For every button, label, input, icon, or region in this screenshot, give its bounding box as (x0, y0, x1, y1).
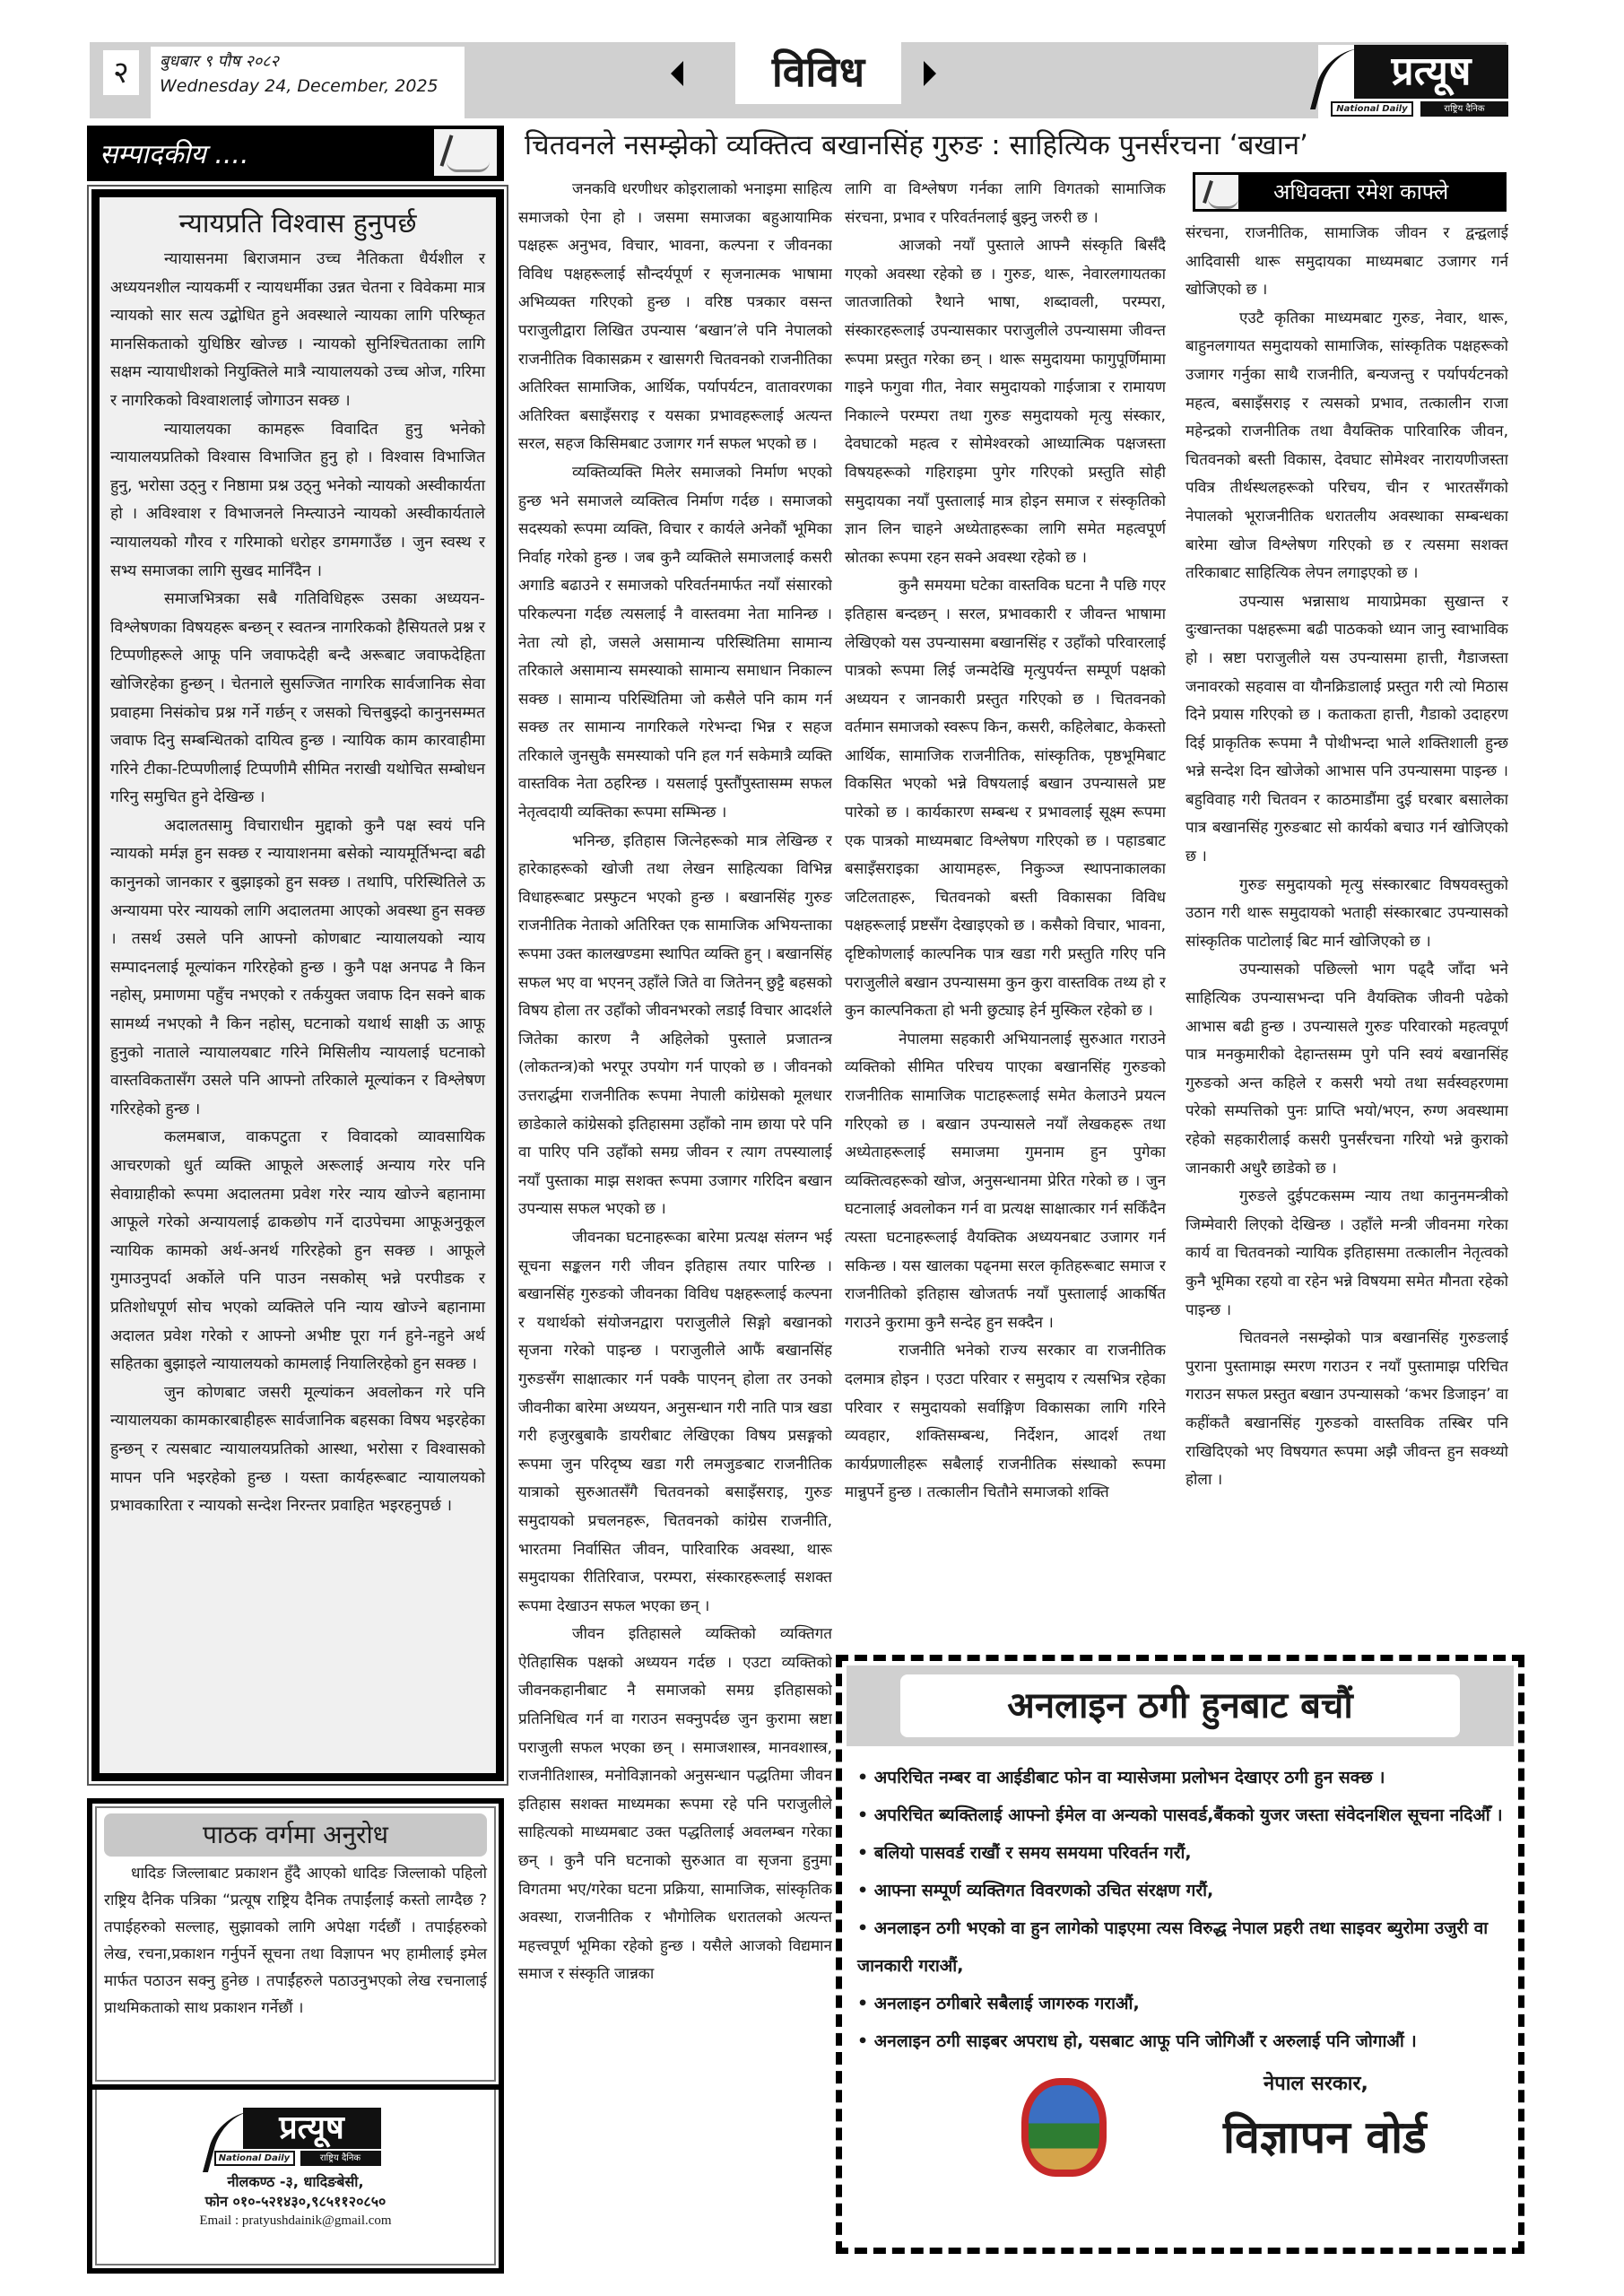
advertisement-item: • अपरिचित ब्यक्तिलाई आफ्नो ईमेल वा अन्यक… (857, 1796, 1507, 1834)
article-paragraph: कुनै समयमा घटेका वास्तविक घटना नै पछि गए… (845, 572, 1166, 1026)
phone: फोन ०१०-५२१४३०,९८५११२०८५० (97, 2192, 494, 2212)
editorial-paragraph: न्यायालयका कामहरू विवादित हुनु भनेको न्य… (110, 416, 485, 587)
advertisement-title: अनलाइन ठगी हुनबाट बचौं (900, 1674, 1460, 1737)
reader-contact-box: प्रत्यूष National Daily राष्ट्रिय दैनिक … (87, 2090, 504, 2274)
pen-icon (434, 129, 497, 176)
article-paragraph: गुरुङ समुदायको मृत्यु संस्कारबाट विषयवस्… (1185, 872, 1508, 957)
article-paragraph: व्यक्तिव्यक्ति मिलेर समाजको निर्माण भएको… (518, 459, 832, 828)
article-paragraph: नेपालमा सहकारी अभियानलाई सुरुआत गराउने व… (845, 1026, 1166, 1338)
article-headline: चितवनले नसम्झेको व्यक्तित्व बखानसिंह गुर… (525, 126, 1511, 169)
article-paragraph: संरचना, राजनीतिक, सामाजिक जीवन र द्वन्द्… (1185, 220, 1508, 305)
article-column-2: लागि वा विश्लेषण गर्नका लागि विगतको सामा… (845, 176, 1166, 1656)
logo-sub-nepali: राष्ट्रिय दैनिक (1420, 101, 1508, 117)
advertisement-item: • अपरिचित नम्बर वा आईडीबाट फोन वा म्यासे… (857, 1759, 1507, 1796)
editorial-paragraph: न्यायासनमा बिराजमान उच्च नैतिकता धैर्यशी… (110, 246, 485, 416)
article-paragraph: एउटै कृतिका माध्यमबाट गुरुङ, नेवार, थारू… (1185, 305, 1508, 588)
advertisement-item: • अनलाइन ठगी साइबर अपराध हो, यसबाट आफू प… (857, 2022, 1507, 2060)
date-box: बुधबार ९ पौष २०८२ Wednesday 24, December… (151, 47, 465, 118)
article-paragraph: चितवनले नसम्झेको पात्र बखानसिंह गुरुङलाई… (1185, 1325, 1508, 1495)
government-label: नेपाल सरकार, (1264, 2069, 1368, 2096)
article-paragraph: लागि वा विश्लेषण गर्नका लागि विगतको सामा… (845, 176, 1166, 232)
editorial-paragraph: समाजभित्रका सबै गतिविधिहरू उसका अध्ययन-व… (110, 586, 485, 813)
advertisement-item: • अनलाइन ठगी भएको वा हुन लागेको पाइएमा त… (857, 1909, 1507, 1985)
triangle-right-icon (924, 61, 936, 86)
editorial-box: न्यायप्रति विश्वास हुनुपर्छ न्यायासनमा ब… (87, 185, 508, 1786)
triangle-left-icon (671, 61, 683, 86)
logo-sub-nepali: राष्ट्रिय दैनिक (300, 2151, 381, 2166)
article-paragraph: उपन्यास भन्नासाथ मायाप्रेमका सुखान्त र द… (1185, 588, 1508, 872)
logo-name: प्रत्यूष (1354, 45, 1508, 99)
article-paragraph: राजनीति भनेको राज्य सरकार वा राजनीतिक दल… (845, 1337, 1166, 1508)
editorial-label-bar: सम्पादकीय .... (87, 126, 504, 181)
advertisement-item: • आफ्ना सम्पूर्ण व्यक्तिगत विवरणको उचित … (857, 1872, 1507, 1909)
advertisement-header: अनलाइन ठगी हुनबाट बचौं (847, 1665, 1514, 1746)
editorial-paragraph: अदालतसामु विचाराधीन मुद्दाको कुनै पक्ष स… (110, 813, 485, 1125)
advertising-board-label: विज्ञापन वोर्ड (1223, 2105, 1427, 2166)
reader-request-box: पाठक वर्गमा अनुरोध धादिङ जिल्लाबाट प्रका… (87, 1798, 504, 2090)
logo-sub-english: National Daily (214, 2151, 295, 2166)
article-column-1: जनकवि धरणीधर कोइरालाको भनाइमा साहित्य सम… (518, 176, 832, 2292)
logo-name: प्रत्यूष (243, 2108, 381, 2149)
advertisement-footer: नेपाल सरकार, विज्ञापन वोर्ड (847, 2060, 1514, 2195)
editorial-paragraph: कलमबाज, वाकपटुता र विवादको व्यावसायिक आच… (110, 1124, 485, 1378)
author-name: अधिवक्ता रमेश काफ्ले (1273, 176, 1448, 208)
date-nepali: बुधबार ९ पौष २०८२ (160, 50, 456, 74)
article-paragraph: आजको नयाँ पुस्ताले आफ्नै संस्कृति बिर्सँ… (845, 232, 1166, 572)
reader-request-text: धादिङ जिल्लाबाट प्रकाशन हुँदै आएको धादिङ… (104, 1860, 487, 2022)
section-title: विविध (735, 39, 901, 104)
advertisement-list: • अपरिचित नम्बर वा आईडीबाट फोन वा म्यासे… (847, 1746, 1514, 2060)
editorial-paragraph: जुन कोणबाट जसरी मूल्यांकन अवलोकन गरे पनि… (110, 1379, 485, 1521)
address: नीलकण्ठ -३, धादिङबेसी, (97, 2172, 494, 2192)
author-byline: अधिवक्ता रमेश काफ्ले (1193, 172, 1507, 212)
logo-sub-english: National Daily (1331, 101, 1413, 117)
article-paragraph: जीवनका घटनाहरूका बारेमा प्रत्यक्ष संलग्न… (518, 1224, 832, 1621)
date-english: Wednesday 24, December, 2025 (160, 74, 456, 99)
article-paragraph: जीवन इतिहासले व्यक्तिको व्यक्तिगत ऐतिहास… (518, 1621, 832, 1989)
advertisement-box: अनलाइन ठगी हुनबाट बचौं • अपरिचित नम्बर व… (836, 1655, 1524, 2254)
article-paragraph: उपन्यासको पछिल्लो भाग पढ्दै जाँदा भने सा… (1185, 956, 1508, 1183)
nepal-emblem-icon (1021, 2078, 1107, 2177)
article-paragraph: जनकवि धरणीधर कोइरालाको भनाइमा साहित्य सम… (518, 176, 832, 459)
article-column-3: संरचना, राजनीतिक, सामाजिक जीवन र द्वन्द्… (1185, 220, 1508, 1655)
article-paragraph: भनिन्छ, इतिहास जित्नेहरूको मात्र लेखिन्छ… (518, 828, 832, 1224)
email-link[interactable]: Email : pratyushdainik@gmail.com (97, 2212, 494, 2230)
advertisement-item: • बलियो पासवर्ड राखौं र समय समयमा परिवर्… (857, 1834, 1507, 1872)
reader-logo: प्रत्यूष National Daily राष्ट्रिय दैनिक (211, 2108, 381, 2163)
advertisement-item: • अनलाइन ठगीबारे सबैलाई जागरुक गराऔं, (857, 1985, 1507, 2022)
article-paragraph: गुरुङले दुईपटकसम्म न्याय तथा कानुनमन्त्र… (1185, 1183, 1508, 1325)
newspaper-logo: प्रत्यूष National Daily राष्ट्रिय दैनिक (1318, 45, 1508, 118)
page-number: २ (103, 50, 139, 95)
editorial-title: न्यायप्रति विश्वास हुनुपर्छ (110, 206, 485, 242)
editorial-label: सम्पादकीय .... (100, 135, 248, 171)
pen-icon (1195, 175, 1238, 209)
reader-request-title: पाठक वर्गमा अनुरोध (104, 1813, 487, 1857)
